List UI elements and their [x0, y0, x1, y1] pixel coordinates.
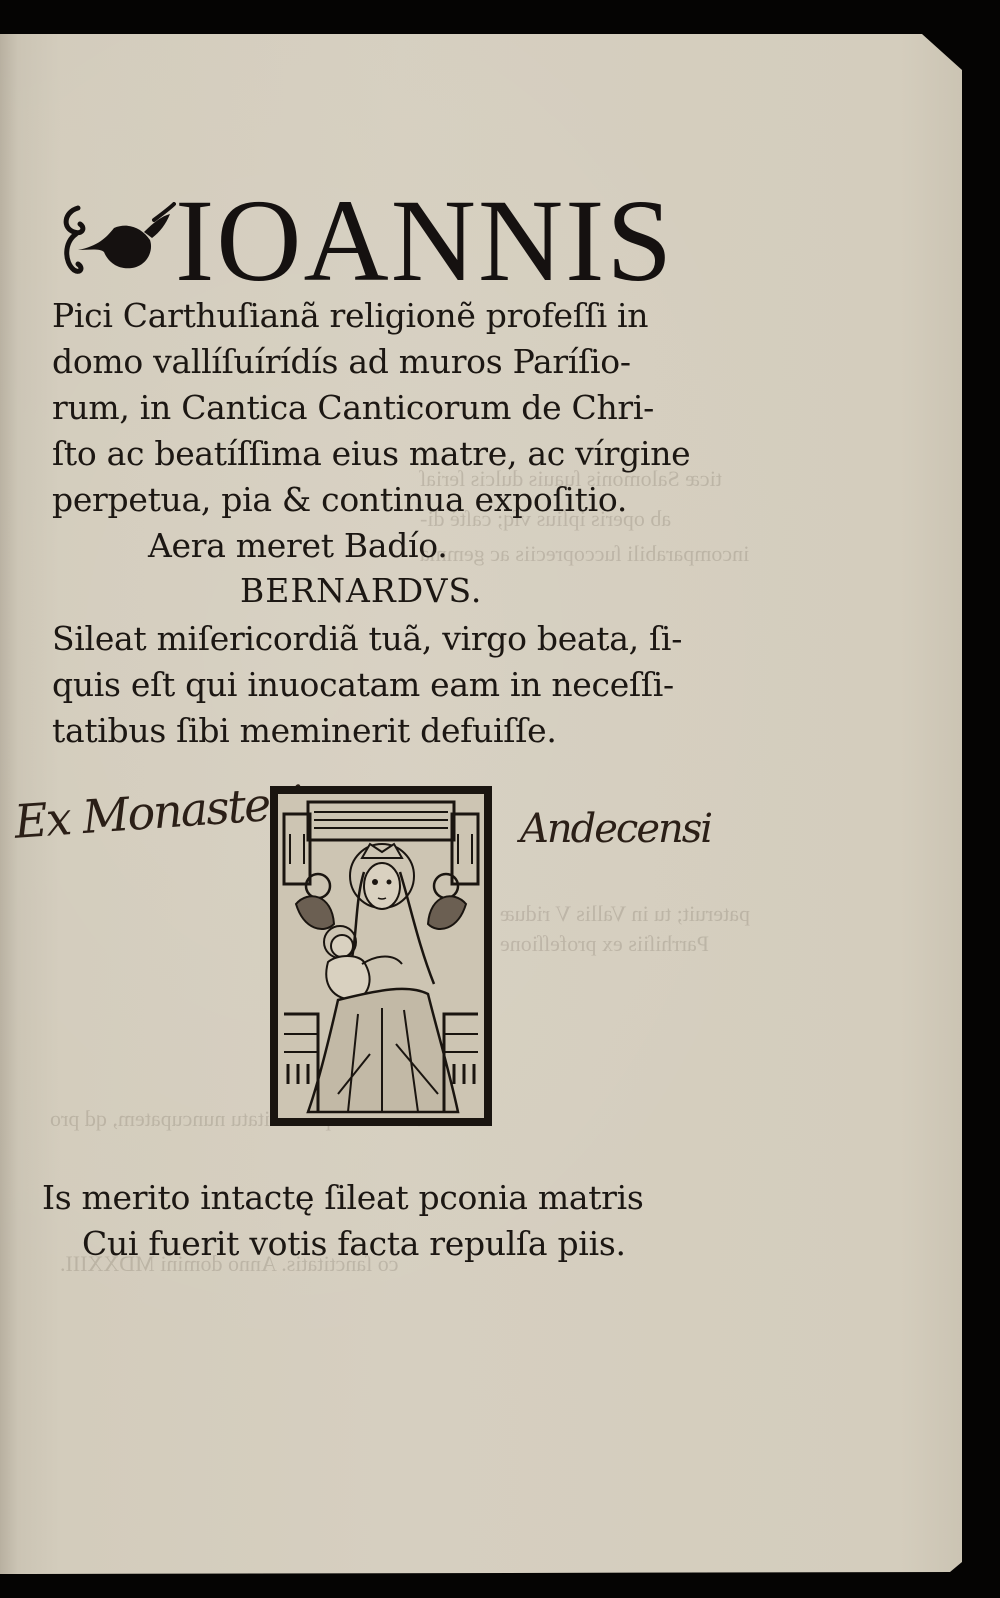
madonna-and-child-woodcut-icon — [278, 794, 484, 1118]
verse-line: Is merito intactę ſileat pconia matris — [42, 1178, 644, 1218]
manuscript-inscription-right: Andecensi — [520, 806, 711, 852]
subtitle-line: rum, in Cantica Canticorum de Chri- — [52, 388, 654, 428]
subtitle-line: Pici Carthuſianã religionẽ profeſſi in — [52, 296, 648, 336]
quote-line: tatibus ſibi meminerit defuiſſe. — [52, 711, 557, 751]
woodcut-illustration — [270, 786, 492, 1126]
fleuron-ornament-icon — [58, 202, 176, 284]
paper-sheet: ab operis ipſius vſq; caſtè di- ticæ Sal… — [0, 34, 962, 1574]
subtitle-line: ſto ac beatíſſima eius matre, ac vírgine — [52, 434, 690, 474]
subtitle-line: domo vallíſuírídís ad muros Paríſio- — [52, 342, 631, 382]
scanned-page-view: ab operis ipſius vſq; caſtè di- ticæ Sal… — [0, 0, 1000, 1598]
bleed-through-line: incomparabili ſuccopreciis ac gemma — [420, 539, 749, 569]
quote-line: quis eſt qui inuocatam eam in neceſſi- — [52, 665, 674, 705]
quote-line: Sileat miſericordiã tuã, virgo beata, ſi… — [52, 619, 682, 659]
bleed-through-line: Parrhiſiis ex profeſſione — [500, 929, 709, 959]
bleed-through-line: pateruit; tu in Vallis V riduæ — [500, 899, 750, 929]
printer-motto: Aera meret Badío. — [148, 526, 447, 566]
verse-line: Cui fuerit votis facta repulſa piis. — [82, 1224, 626, 1264]
subtitle-line: perpetua, pia & continua expoſitio. — [52, 480, 627, 520]
author-heading: BERNARDVS. — [240, 571, 482, 611]
title-word: IOANNIS — [175, 182, 674, 300]
